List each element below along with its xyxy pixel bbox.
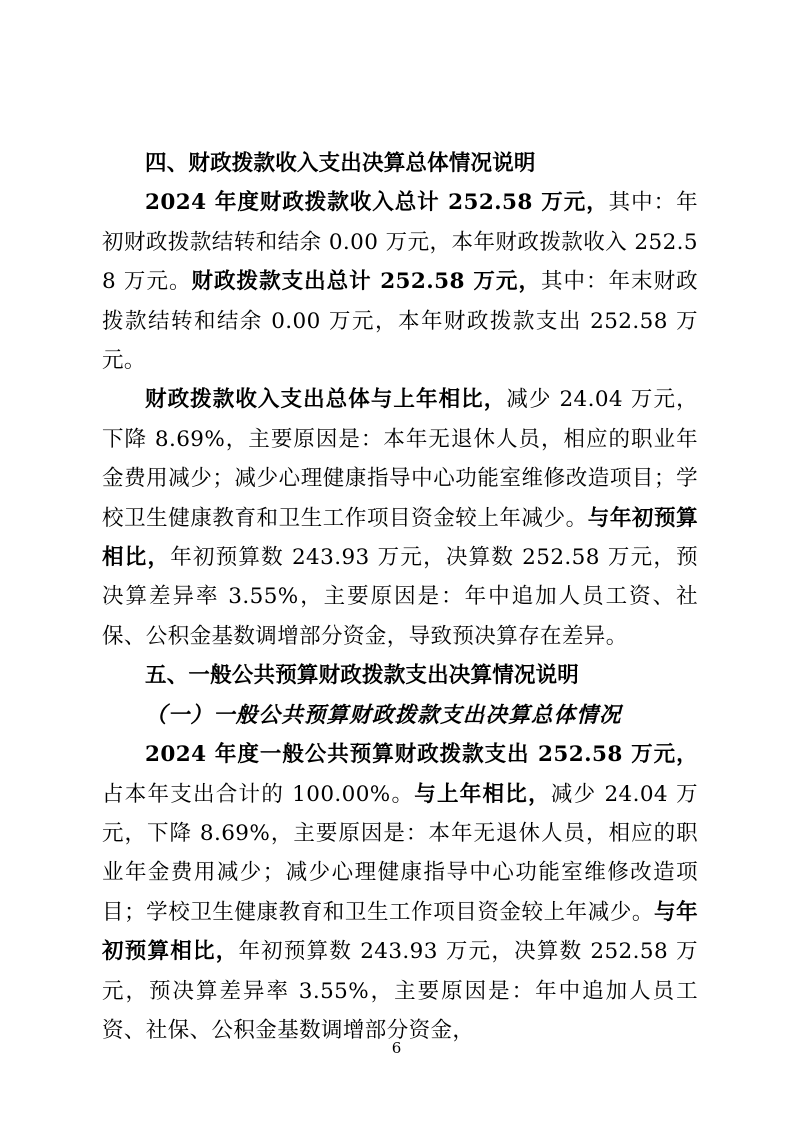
heading: 四、财政拨款收入支出决算总体情况说明 xyxy=(102,144,698,183)
text-run: 占本年支出合计的 100.00%。 xyxy=(102,782,414,807)
text-run: 2024 年度财政拨款收入总计 252.58 万元， xyxy=(145,190,609,215)
text-run: 财政拨款收入支出总体与上年相比， xyxy=(145,387,506,412)
heading: 五、一般公共预算财政拨款支出决算情况说明 xyxy=(102,656,698,695)
paragraph: 财政拨款收入支出总体与上年相比，减少 24.04 万元，下降 8.69%，主要原… xyxy=(102,380,698,656)
paragraph: 2024 年度一般公共预算财政拨款支出 252.58 万元，占本年支出合计的 1… xyxy=(102,735,698,1050)
document-body: 四、财政拨款收入支出决算总体情况说明2024 年度财政拨款收入总计 252.58… xyxy=(102,144,698,1050)
text-run: 四、财政拨款收入支出决算总体情况说明 xyxy=(145,151,536,175)
subheading: （一）一般公共预算财政拨款支出决算总体情况 xyxy=(102,696,698,735)
text-run: 年初预算数 243.93 万元，决算数 252.58 万元，预决算差异率 3.5… xyxy=(102,545,698,649)
text-run: 财政拨款支出总计 252.58 万元， xyxy=(192,269,541,294)
paragraph: 2024 年度财政拨款收入总计 252.58 万元，其中：年初财政拨款结转和结余… xyxy=(102,183,698,380)
text-run: 与上年相比， xyxy=(414,782,551,807)
text-run: 五、一般公共预算财政拨款支出决算情况说明 xyxy=(145,663,579,687)
text-run: 2024 年度一般公共预算财政拨款支出 252.58 万元， xyxy=(145,742,698,767)
page-number: 6 xyxy=(0,1039,793,1057)
text-run: （一）一般公共预算财政拨款支出决算总体情况 xyxy=(145,703,622,728)
document-page: 四、财政拨款收入支出决算总体情况说明2024 年度财政拨款收入总计 252.58… xyxy=(0,0,793,1122)
